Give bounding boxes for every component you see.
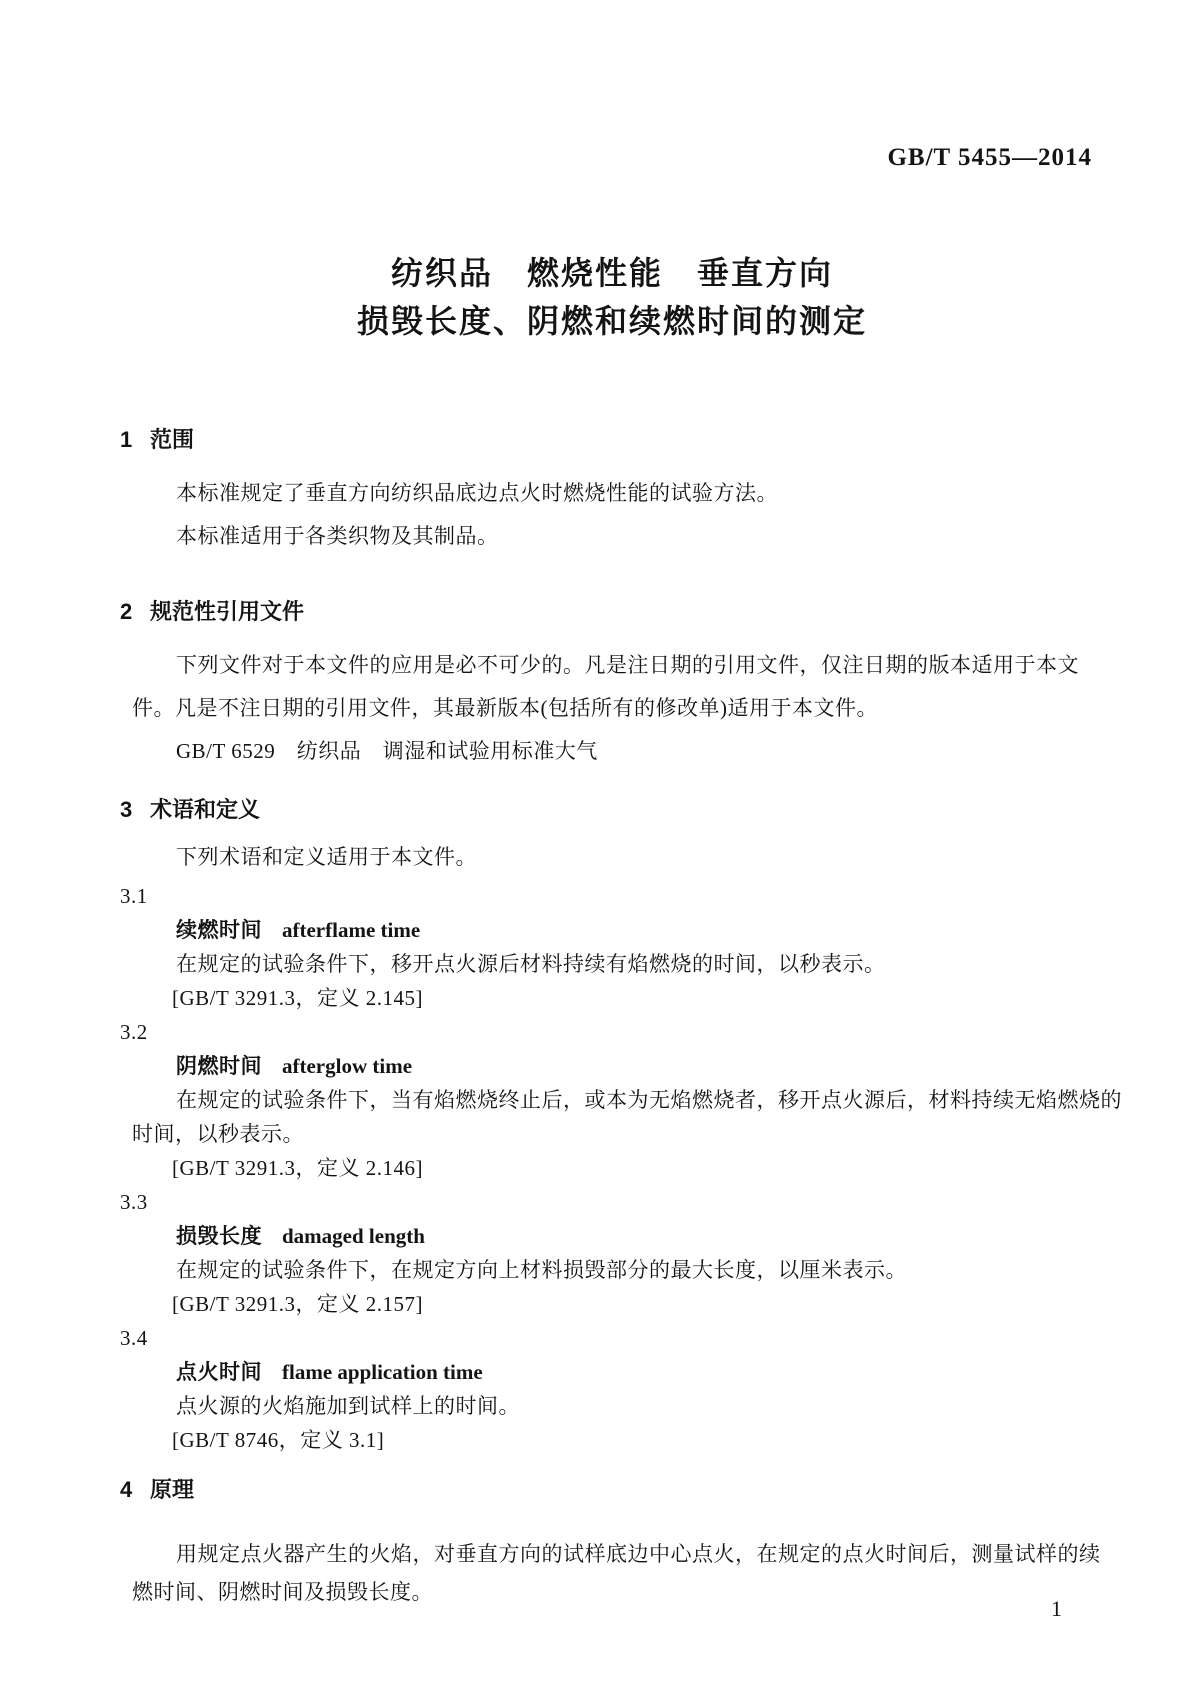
section1-paragraph-line: 本标准适用于各类织物及其制品。 <box>176 520 499 552</box>
term-zh: 点火时间 <box>176 1361 262 1384</box>
section2-number: 2 <box>120 597 150 627</box>
term-title: 续燃时间afterflame time <box>176 914 420 947</box>
term-definition: 时间，以秒表示。 <box>132 1118 304 1150</box>
term-definition: 在规定的试验条件下，移开点火源后材料持续有焰燃烧的时间，以秒表示。 <box>176 948 886 980</box>
section2-heading: 2规范性引用文件 <box>120 597 304 627</box>
term-title: 损毁长度damaged length <box>176 1220 425 1253</box>
term-en: afterflame time <box>282 918 420 942</box>
term-zh: 续燃时间 <box>176 919 262 942</box>
term-definition: 点火源的火焰施加到试样上的时间。 <box>176 1390 520 1422</box>
document-title-line2: 损毁长度、阴燃和续燃时间的测定 <box>24 296 1200 342</box>
page-number: 1 <box>0 1596 1062 1622</box>
section4-title: 原理 <box>150 1477 194 1502</box>
term-number: 3.3 <box>120 1186 148 1218</box>
document-page: GB/T 5455—2014 纺织品 燃烧性能 垂直方向 损毁长度、阴燃和续燃时… <box>0 0 1200 1696</box>
term-title: 阴燃时间afterglow time <box>176 1050 412 1083</box>
document-title-line1: 纺织品 燃烧性能 垂直方向 <box>24 248 1200 294</box>
term-en: damaged length <box>282 1224 425 1248</box>
section2-paragraph-line: 下列文件对于本文件的应用是必不可少的。凡是注日期的引用文件，仅注日期的版本适用于… <box>176 649 1079 681</box>
section3-number: 3 <box>120 795 150 825</box>
section2-paragraph-line: 件。凡是不注日期的引用文件，其最新版本(包括所有的修改单)适用于本文件。 <box>132 692 878 724</box>
section2-title: 规范性引用文件 <box>150 599 304 624</box>
section4-number: 4 <box>120 1475 150 1505</box>
section1-number: 1 <box>120 425 150 455</box>
term-en: flame application time <box>282 1360 483 1384</box>
section4-heading: 4原理 <box>120 1475 194 1505</box>
term-title: 点火时间flame application time <box>176 1356 483 1389</box>
section1-paragraph-line: 本标准规定了垂直方向纺织品底边点火时燃烧性能的试验方法。 <box>176 477 778 509</box>
term-source: [GB/T 3291.3，定义 2.146] <box>172 1152 423 1184</box>
term-zh: 阴燃时间 <box>176 1055 262 1078</box>
term-source: [GB/T 3291.3，定义 2.145] <box>172 982 423 1014</box>
term-number: 3.2 <box>120 1016 148 1048</box>
term-source: [GB/T 3291.3，定义 2.157] <box>172 1288 423 1320</box>
section1-title: 范围 <box>150 427 194 452</box>
normative-reference: GB/T 6529 纺织品 调湿和试验用标准大气 <box>176 735 598 767</box>
section3-intro: 下列术语和定义适用于本文件。 <box>176 841 477 873</box>
term-definition: 在规定的试验条件下，在规定方向上材料损毁部分的最大长度，以厘米表示。 <box>176 1254 907 1286</box>
section3-heading: 3术语和定义 <box>120 795 260 825</box>
section4-paragraph-line: 用规定点火器产生的火焰，对垂直方向的试样底边中心点火，在规定的点火时间后，测量试… <box>176 1538 1101 1570</box>
term-definition: 在规定的试验条件下，当有焰燃烧终止后，或本为无焰燃烧者，移开点火源后，材料持续无… <box>176 1084 1122 1116</box>
section1-heading: 1范围 <box>120 425 194 455</box>
standard-code: GB/T 5455—2014 <box>0 144 1092 172</box>
term-en: afterglow time <box>282 1054 412 1078</box>
term-number: 3.1 <box>120 880 148 912</box>
term-number: 3.4 <box>120 1322 148 1354</box>
term-source: [GB/T 8746，定义 3.1] <box>172 1424 384 1456</box>
section3-title: 术语和定义 <box>150 797 260 822</box>
term-zh: 损毁长度 <box>176 1225 262 1248</box>
